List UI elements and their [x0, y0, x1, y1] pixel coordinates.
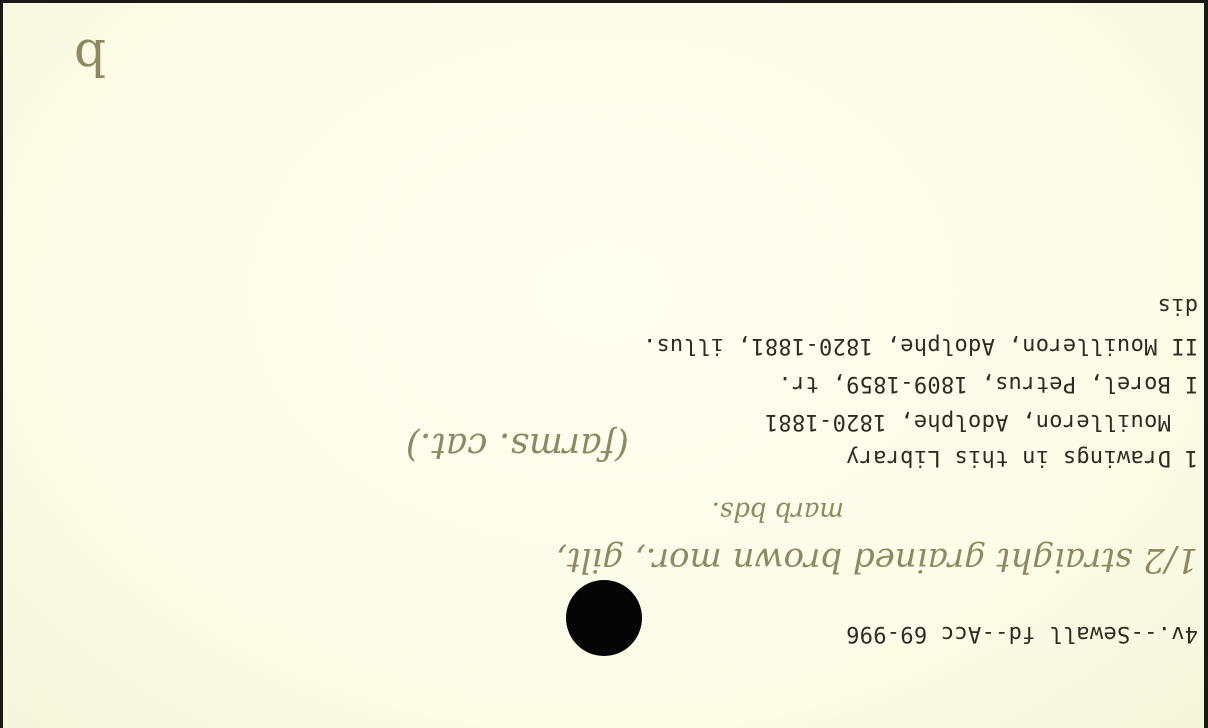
catalog-card: 4v.--Sewall fd--Acc 69-996 1/2 straight …	[3, 3, 1204, 728]
tracing-2: I Borel, Petrus, 1809-1859, tr.	[778, 371, 1198, 396]
tracing-1: 1 Drawings in this Library	[846, 445, 1198, 470]
call-number-line: 4v.--Sewall fd--Acc 69-996	[846, 621, 1198, 646]
handwritten-annotation: (farms. cat.)	[406, 425, 629, 466]
handwritten-binding-note-2: marb bds.	[712, 496, 844, 526]
tracing-3: II Mouilleron, Adolphe, 1820-1881, illus…	[643, 333, 1198, 358]
punch-hole	[566, 580, 642, 656]
handwritten-binding-note: 1/2 straight grained brown mor., gilt,	[556, 540, 1198, 580]
card-content-rotated: 4v.--Sewall fd--Acc 69-996 1/2 straight …	[3, 3, 1204, 728]
tracing-1-cont: Mouilleron, Adolphe, 1820-1881	[765, 409, 1198, 434]
trailing-text: dis	[1157, 293, 1198, 318]
corner-mark: b	[74, 28, 106, 86]
